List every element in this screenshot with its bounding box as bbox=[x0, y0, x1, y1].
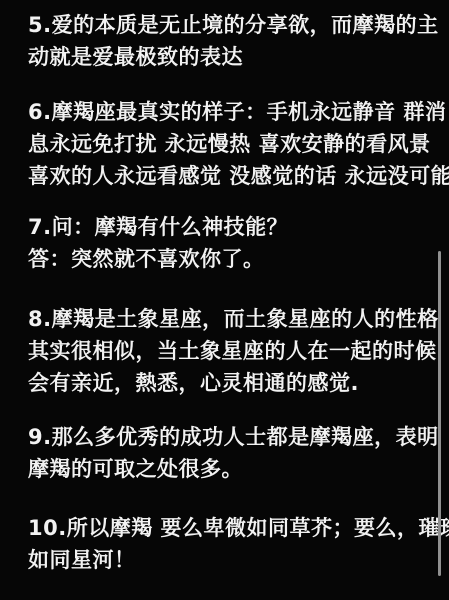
zodiac-list-item-10: 10.所以摩羯 要么卑微如同草芥；要么，璀璨 如同星河！ bbox=[28, 512, 425, 576]
text-line: 动就是爱最极致的表达 bbox=[28, 41, 425, 73]
text-line: 8.摩羯是土象星座，而土象星座的人的性格 bbox=[28, 303, 425, 335]
text-line: 摩羯的可取之处很多。 bbox=[28, 453, 425, 485]
scrollbar-thumb[interactable] bbox=[438, 251, 441, 576]
text-line: 9.那么多优秀的成功人士都是摩羯座，表明 bbox=[28, 421, 425, 453]
zodiac-list-item-5: 5.爱的本质是无止境的分享欲，而摩羯的主 动就是爱最极致的表达 bbox=[28, 9, 425, 73]
zodiac-list-item-7: 7.问：摩羯有什么神技能？ 答：突然就不喜欢你了。 bbox=[28, 211, 425, 275]
question-line: 7.问：摩羯有什么神技能？ bbox=[28, 211, 425, 243]
zodiac-list-item-8: 8.摩羯是土象星座，而土象星座的人的性格 其实很相似，当土象星座的人在一起的时候… bbox=[28, 303, 425, 399]
text-line: 其实很相似，当土象星座的人在一起的时候 bbox=[28, 335, 425, 367]
post-image-background: 5.爱的本质是无止境的分享欲，而摩羯的主 动就是爱最极致的表达 6.摩羯座最真实… bbox=[0, 0, 449, 600]
text-line: 会有亲近，熱悉，心灵相通的感觉. bbox=[28, 367, 425, 399]
text-line: 10.所以摩羯 要么卑微如同草芥；要么，璀璨 bbox=[28, 512, 425, 544]
text-line: 如同星河！ bbox=[28, 544, 425, 576]
zodiac-list-item-6: 6.摩羯座最真实的样子：手机永远静音 群消 息永远免打扰 永远慢热 喜欢安静的看… bbox=[28, 96, 425, 192]
zodiac-list-item-9: 9.那么多优秀的成功人士都是摩羯座，表明 摩羯的可取之处很多。 bbox=[28, 421, 425, 485]
text-line: 喜欢的人永远看感觉 没感觉的话 永远没可能 bbox=[28, 160, 425, 192]
text-line: 5.爱的本质是无止境的分享欲，而摩羯的主 bbox=[28, 9, 425, 41]
text-line: 息永远免打扰 永远慢热 喜欢安静的看风景 bbox=[28, 128, 425, 160]
answer-line: 答：突然就不喜欢你了。 bbox=[28, 243, 425, 275]
text-line: 6.摩羯座最真实的样子：手机永远静音 群消 bbox=[28, 96, 425, 128]
